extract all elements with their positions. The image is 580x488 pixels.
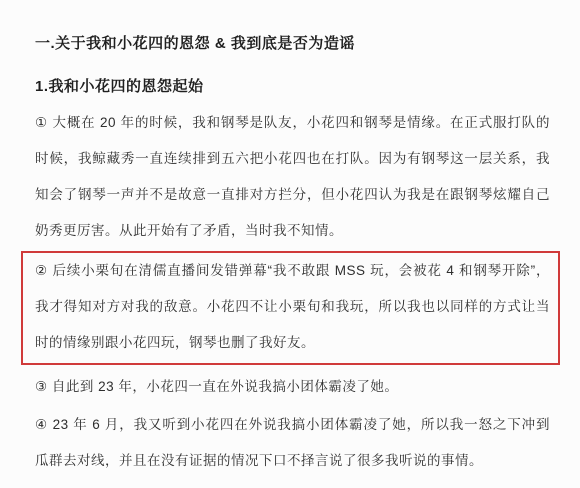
paragraph-3: ③ 自此到 23 年，小花四一直在外说我搞小团体霸凌了她。 [35, 369, 550, 405]
paragraph-2-highlighted: ② 后续小栗旬在清儒直播间发错弹幕“我不敢跟 MSS 玩，会被花 4 和钢琴开除… [35, 253, 550, 361]
paragraph-4: ④ 23 年 6 月，我又听到小花四在外说我搞小团体霸凌了她，所以我一怒之下冲到… [35, 407, 550, 479]
heading-secondary: 1.我和小花四的恩怨起始 [35, 77, 550, 97]
document-page: 一.关于我和小花四的恩怨 & 我到底是否为造谣 1.我和小花四的恩怨起始 ① 大… [0, 0, 580, 488]
paragraph-1: ① 大概在 20 年的时候，我和钢琴是队友，小花四和钢琴是情缘。在正式服打队的时… [35, 105, 550, 249]
highlight-box: ② 后续小栗旬在清儒直播间发错弹幕“我不敢跟 MSS 玩，会被花 4 和钢琴开除… [21, 251, 560, 365]
heading-primary: 一.关于我和小花四的恩怨 & 我到底是否为造谣 [35, 34, 550, 54]
